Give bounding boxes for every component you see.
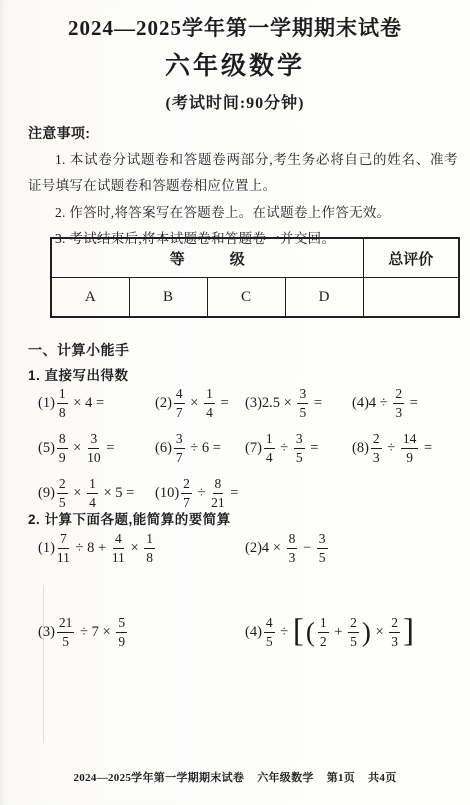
math-text: (1) bbox=[38, 541, 55, 556]
fraction: 45 bbox=[264, 616, 275, 649]
fraction: 149 bbox=[401, 432, 419, 465]
math-text: (7) bbox=[245, 441, 262, 456]
fraction: 47 bbox=[174, 387, 185, 420]
math-text: (9) bbox=[38, 486, 55, 501]
fraction: 821 bbox=[211, 477, 225, 510]
fraction: 83 bbox=[287, 532, 298, 565]
math-text: = bbox=[310, 396, 322, 411]
fraction: 25 bbox=[348, 616, 359, 649]
fraction: 37 bbox=[174, 432, 185, 465]
fraction: 23 bbox=[371, 432, 382, 465]
math-text: (8) bbox=[352, 441, 369, 456]
fraction: 59 bbox=[116, 616, 127, 649]
math-text: (6) bbox=[155, 441, 172, 456]
direct-calculation-problems: (1)18 × 4 = (2)47 × 14 = (3)2.5 × 35 = (… bbox=[38, 386, 458, 510]
grade-cell-a: A bbox=[51, 278, 129, 318]
fraction: 18 bbox=[144, 532, 155, 565]
math-text: × 4 = bbox=[70, 396, 104, 411]
grade-cell-c: C bbox=[207, 278, 285, 318]
exam-subject: 六年级数学 bbox=[0, 46, 470, 82]
grade-cell-d: D bbox=[285, 278, 363, 318]
math-problem-2: (2)47 × 14 = bbox=[155, 386, 245, 420]
footer-page-number: 第1页 bbox=[327, 769, 355, 785]
exam-paper-page: 2024—2025学年第一学期期末试卷 六年级数学 (考试时间:90分钟) 注意… bbox=[0, 0, 470, 805]
math-text: ÷ 7 × bbox=[76, 625, 114, 640]
math-text: ÷ 8 + bbox=[72, 541, 110, 556]
math-text: × bbox=[70, 441, 85, 456]
simplify-problem-2: (2)4 × 83 − 35 bbox=[245, 531, 458, 565]
subsection1-heading: 1. 直接写出得数 bbox=[28, 364, 129, 384]
fraction: 711 bbox=[57, 532, 70, 565]
fraction: 35 bbox=[317, 532, 328, 565]
math-problem-6: (6)37 ÷ 6 = bbox=[155, 431, 245, 465]
math-text: = bbox=[103, 441, 115, 456]
fraction: 14 bbox=[204, 387, 215, 420]
grade-header-cell: 等 级 bbox=[51, 238, 363, 278]
page-title: 2024—2025学年第一学期期末试卷 bbox=[0, 12, 470, 42]
math-text: (10) bbox=[155, 486, 179, 501]
fraction: 23 bbox=[393, 387, 404, 420]
math-text: × bbox=[70, 486, 85, 501]
notes-heading: 注意事项: bbox=[28, 120, 458, 147]
grade-cell-b: B bbox=[129, 278, 207, 318]
fraction: 35 bbox=[297, 387, 308, 420]
page-footer: 2024—2025学年第一学期期末试卷 六年级数学 第1页 共4页 bbox=[0, 769, 470, 785]
math-bracket: ) bbox=[362, 619, 371, 646]
fraction: 27 bbox=[181, 477, 192, 510]
fraction: 25 bbox=[57, 477, 68, 510]
fraction: 89 bbox=[57, 432, 68, 465]
math-text: (3) bbox=[38, 625, 55, 640]
math-text: (3)2.5 × bbox=[245, 396, 295, 411]
fraction: 215 bbox=[57, 616, 75, 649]
fraction: 310 bbox=[87, 432, 101, 465]
fraction: 35 bbox=[294, 432, 305, 465]
math-text: × bbox=[372, 625, 387, 640]
math-text: (4)4 ÷ bbox=[352, 396, 391, 411]
math-text: ÷ 6 = bbox=[187, 441, 221, 456]
math-text: × bbox=[127, 541, 142, 556]
math-text: ÷ bbox=[277, 441, 292, 456]
math-bracket: ] bbox=[403, 615, 414, 648]
math-text: × 5 = bbox=[100, 486, 134, 501]
simplify-problem-3: (3)215 ÷ 7 × 59 bbox=[38, 615, 245, 649]
math-problem-10: (10)27 ÷ 821 = bbox=[155, 476, 245, 510]
math-text: = bbox=[307, 441, 319, 456]
fraction: 23 bbox=[389, 616, 400, 649]
footer-subject: 六年级数学 bbox=[257, 769, 314, 785]
math-text: (2)4 × bbox=[245, 541, 285, 556]
grade-table-value-row: A B C D bbox=[51, 278, 459, 318]
notes-section: 注意事项: 1. 本试卷分试题卷和答题卷两部分,考生务必将自己的姓名、准考证号填… bbox=[28, 120, 458, 253]
note-item-1: 1. 本试卷分试题卷和答题卷两部分,考生务必将自己的姓名、准考证号填写在试题卷和… bbox=[28, 147, 458, 200]
math-problem-8: (8)23 ÷ 149 = bbox=[352, 431, 458, 465]
fraction: 14 bbox=[87, 477, 98, 510]
note-item-2: 2. 作答时,将答案写在答题卷上。在试题卷上作答无效。 bbox=[28, 200, 458, 227]
math-text: ÷ bbox=[384, 441, 399, 456]
math-bracket: ( bbox=[306, 619, 315, 646]
math-text: ÷ bbox=[277, 625, 292, 640]
footer-exam-title: 2024—2025学年第一学期期末试卷 bbox=[73, 769, 244, 785]
math-text: = bbox=[420, 441, 432, 456]
math-problem-5: (5)89 × 310 = bbox=[38, 431, 155, 465]
section1-heading: 一、计算小能手 bbox=[28, 340, 130, 360]
fraction: 14 bbox=[264, 432, 275, 465]
fraction: 12 bbox=[318, 616, 329, 649]
math-text: (1) bbox=[38, 396, 55, 411]
math-text: + bbox=[331, 625, 346, 640]
grade-table-header-row: 等 级 总评价 bbox=[51, 238, 459, 278]
math-text: (2) bbox=[155, 396, 172, 411]
fraction: 18 bbox=[57, 387, 68, 420]
math-text: (5) bbox=[38, 441, 55, 456]
math-problem-1: (1)18 × 4 = bbox=[38, 386, 155, 420]
math-bracket: [ bbox=[293, 615, 304, 648]
math-text: − bbox=[299, 541, 314, 556]
math-problem-4: (4)4 ÷ 23 = bbox=[352, 386, 458, 420]
math-text: (4) bbox=[245, 625, 262, 640]
subsection2-heading: 2. 计算下面各题,能简算的要简算 bbox=[28, 508, 231, 528]
math-problem-9: (9)25 × 14 × 5 = bbox=[38, 476, 155, 510]
overall-evaluation-header-cell: 总评价 bbox=[363, 238, 459, 278]
math-problem-7: (7)14 ÷ 35 = bbox=[245, 431, 352, 465]
simplify-problem-1: (1)711 ÷ 8 + 411 × 18 bbox=[38, 531, 245, 565]
simplify-calculation-problems: (1)711 ÷ 8 + 411 × 18 (2)4 × 83 − 35 (3)… bbox=[38, 531, 458, 649]
math-text: × bbox=[187, 396, 202, 411]
math-text: = bbox=[227, 486, 239, 501]
simplify-problem-4: (4)45 ÷ [(12 + 25) × 23] bbox=[245, 615, 458, 649]
math-text: ÷ bbox=[194, 486, 209, 501]
overall-evaluation-value-cell bbox=[363, 278, 459, 318]
math-text: = bbox=[217, 396, 229, 411]
footer-page-total: 共4页 bbox=[368, 769, 396, 785]
fraction: 411 bbox=[112, 532, 125, 565]
exam-time: (考试时间:90分钟) bbox=[0, 90, 470, 113]
math-problem-3: (3)2.5 × 35 = bbox=[245, 386, 352, 420]
grade-table: 等 级 总评价 A B C D bbox=[50, 237, 460, 318]
math-text: = bbox=[406, 396, 418, 411]
